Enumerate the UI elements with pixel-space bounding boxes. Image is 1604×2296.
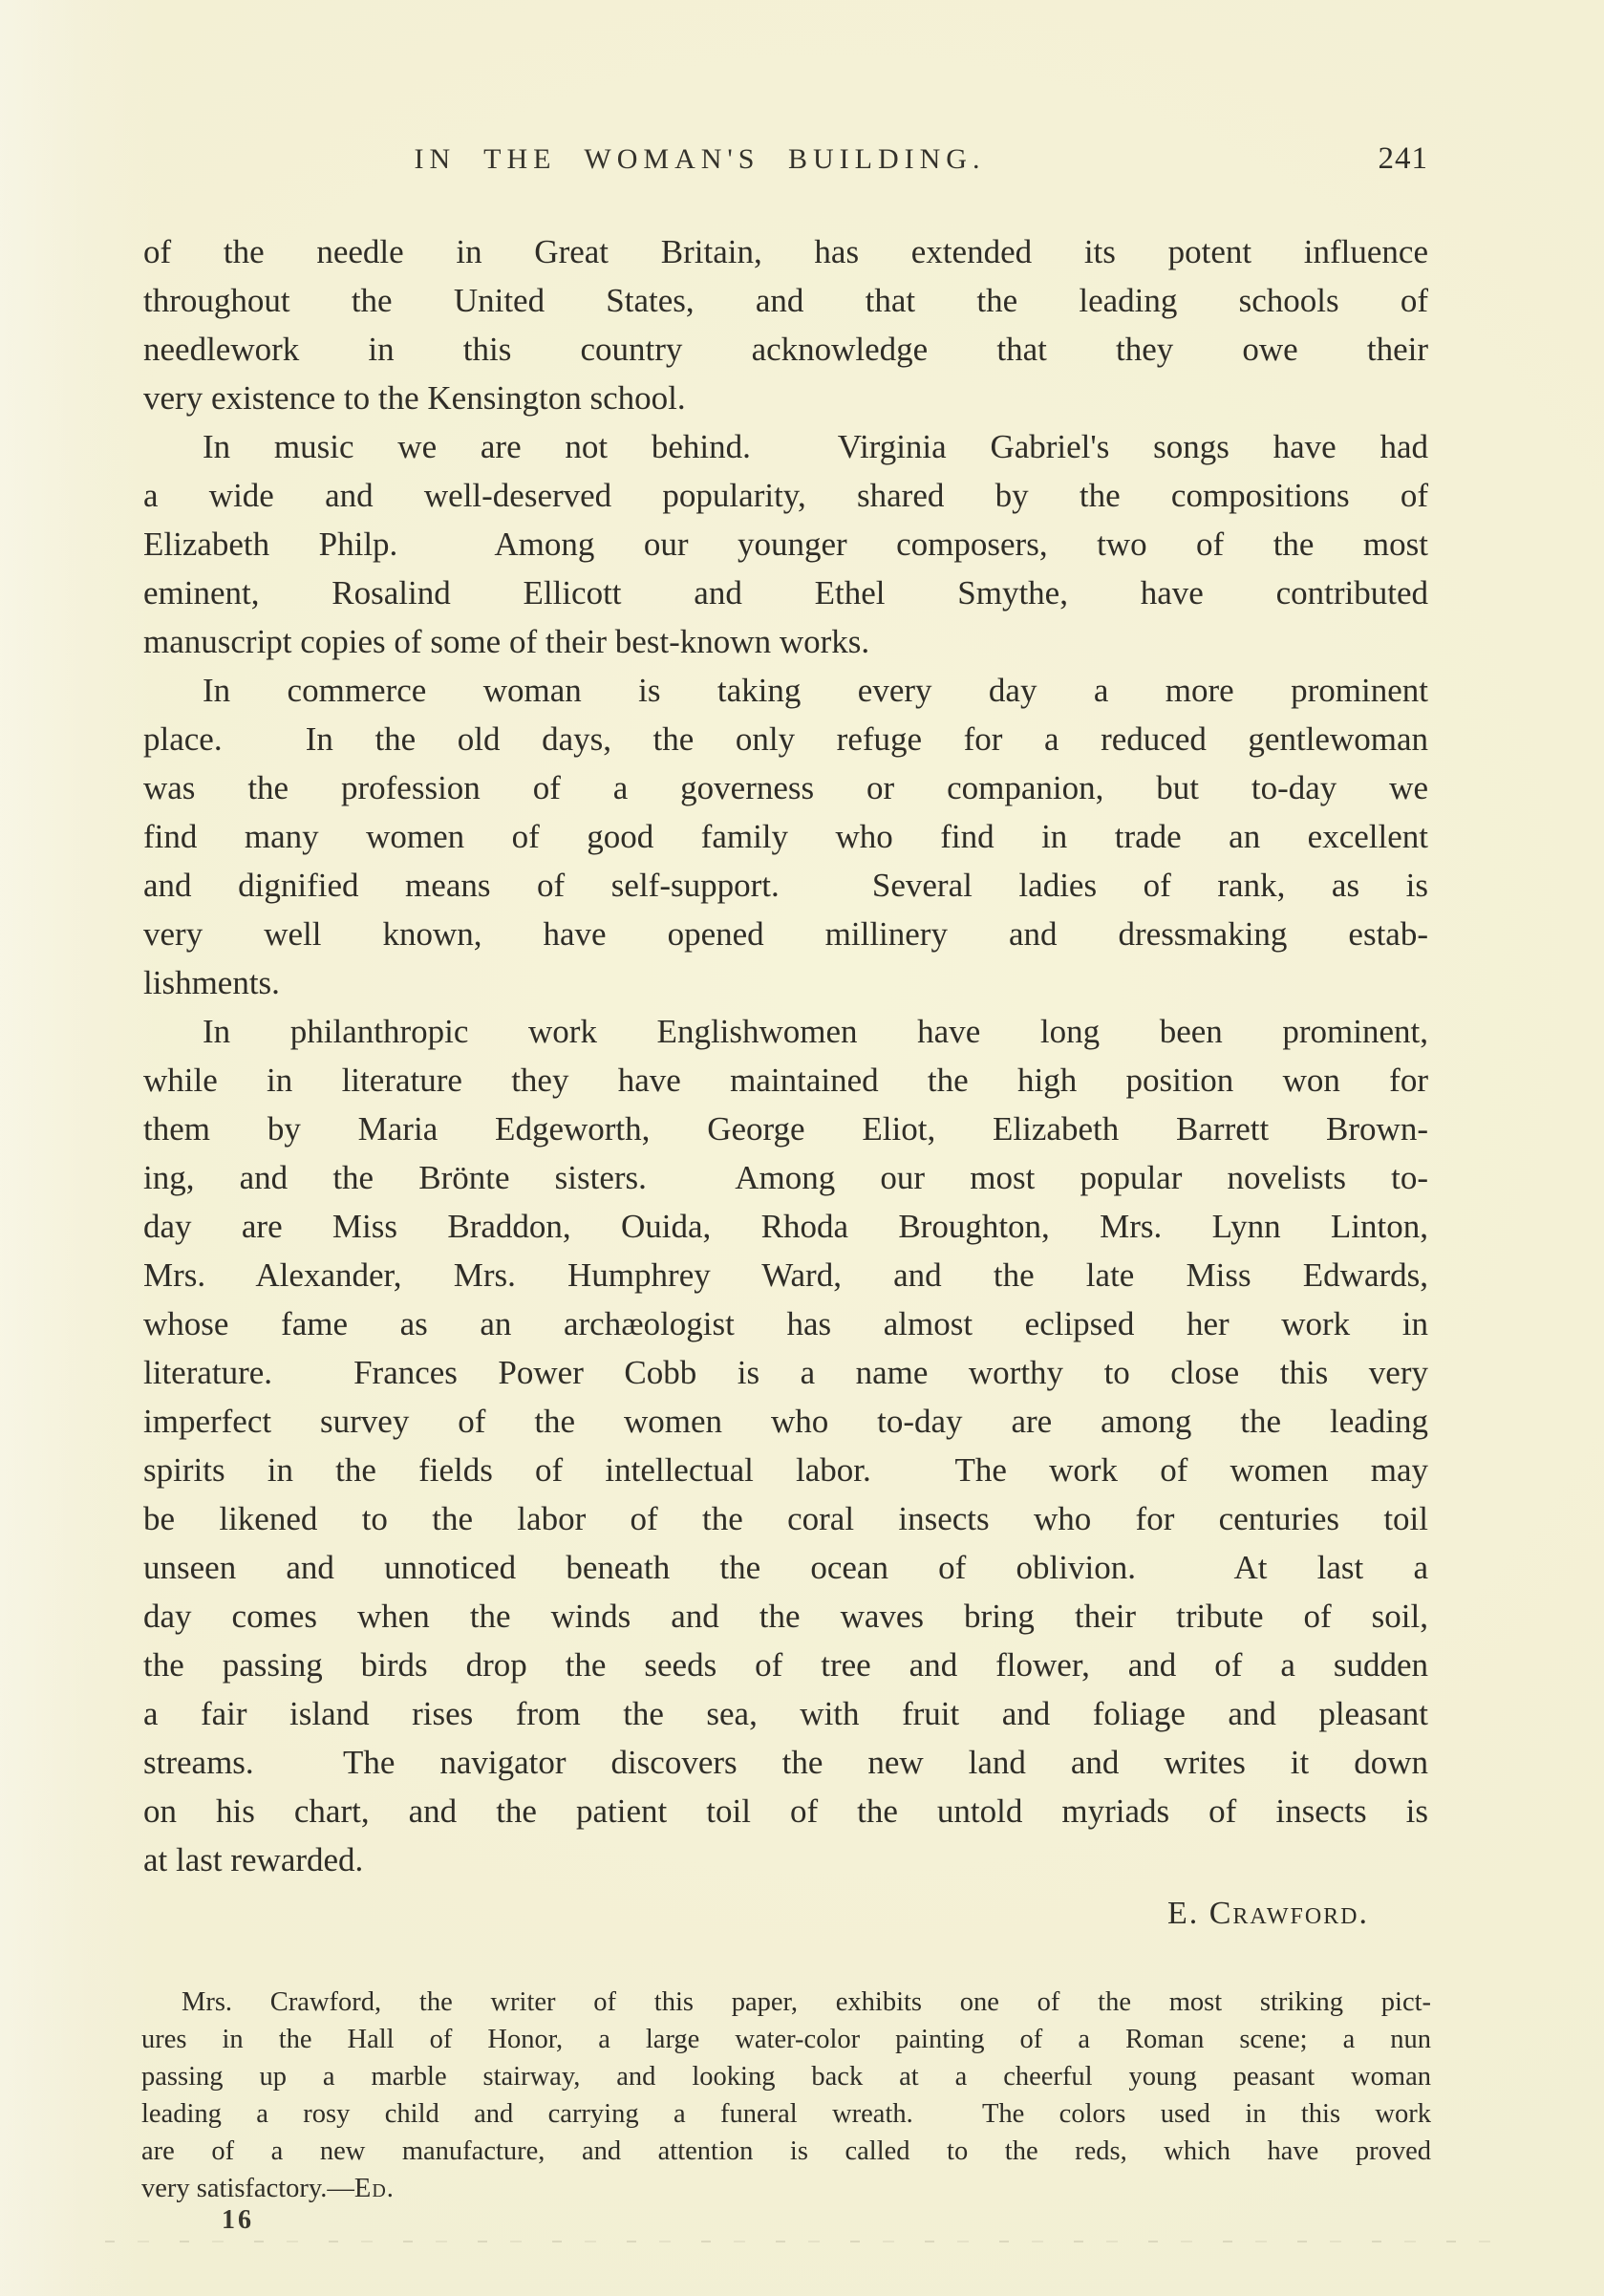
text-line: whose fame as an archæologist has almost… (143, 1299, 1428, 1348)
text-line: In music we are not behind. Virginia Gab… (143, 422, 1428, 471)
page-number: 241 (1379, 141, 1429, 177)
text-line: a fair island rises from the sea, with f… (143, 1689, 1428, 1738)
text-line: them by Maria Edgeworth, George Eliot, E… (143, 1105, 1428, 1153)
text-line: In philanthropic work Englishwomen have … (143, 1007, 1428, 1056)
text-line: very existence to the Kensington school. (143, 374, 1428, 422)
footnote-line: Mrs. Crawford, the writer of this paper,… (141, 1984, 1431, 2021)
text-line: very well known, have opened millinery a… (143, 910, 1428, 958)
paragraph-continuation: of the needle in Great Britain, has exte… (143, 227, 1428, 422)
text-line: be likened to the labor of the coral ins… (143, 1494, 1428, 1543)
footnote-line: are of a new manufacture, and attention … (141, 2133, 1431, 2170)
footnote-line: ures in the Hall of Honor, a large water… (141, 2021, 1431, 2058)
text-line: imperfect survey of the women who to-day… (143, 1397, 1428, 1446)
text-line: day are Miss Braddon, Ouida, Rhoda Broug… (143, 1202, 1428, 1251)
text-line: streams. The navigator discovers the new… (143, 1738, 1428, 1787)
signature-mark: 16 (222, 2205, 254, 2236)
text-line: was the profession of a governess or com… (143, 763, 1428, 812)
author-signature: E. Crawford. (143, 1896, 1428, 1932)
text-line: ing, and the Brönte sisters. Among our m… (143, 1153, 1428, 1202)
text-line: throughout the United States, and that t… (143, 276, 1428, 325)
paragraph-philanthropic: In philanthropic work Englishwomen have … (143, 1007, 1428, 1884)
footnote-line-last: very satisfactory.—Ed. (141, 2170, 1431, 2207)
text-line: unseen and unnoticed beneath the ocean o… (143, 1543, 1428, 1592)
text-line: and dignified means of self-support. Sev… (143, 861, 1428, 910)
text-line: the passing birds drop the seeds of tree… (143, 1641, 1428, 1689)
text-line: of the needle in Great Britain, has exte… (143, 227, 1428, 276)
editor-abbreviation: Ed. (354, 2174, 395, 2203)
paragraph-commerce: In commerce woman is taking every day a … (143, 666, 1428, 1007)
footnote-last-text: very satisfactory.— (141, 2174, 354, 2203)
editor-footnote: Mrs. Crawford, the writer of this paper,… (141, 1984, 1431, 2207)
page-title: IN THE WOMAN'S BUILDING. (143, 143, 1428, 176)
scan-artifact-line (105, 2241, 1495, 2242)
body-text: of the needle in Great Britain, has exte… (143, 227, 1428, 1932)
text-line: a wide and well-deserved popularity, sha… (143, 471, 1428, 520)
text-line: place. In the old days, the only refuge … (143, 715, 1428, 763)
paragraph-music: In music we are not behind. Virginia Gab… (143, 422, 1428, 666)
text-line: while in literature they have maintained… (143, 1056, 1428, 1105)
footnote-line: leading a rosy child and carrying a fune… (141, 2095, 1431, 2133)
text-line: lishments. (143, 958, 1428, 1007)
text-line: on his chart, and the patient toil of th… (143, 1787, 1428, 1835)
text-line: manuscript copies of some of their best-… (143, 617, 1428, 666)
text-line: Mrs. Alexander, Mrs. Humphrey Ward, and … (143, 1251, 1428, 1299)
text-line: literature. Frances Power Cobb is a name… (143, 1348, 1428, 1397)
scanned-book-page: IN THE WOMAN'S BUILDING. 241 of the need… (0, 0, 1604, 2296)
footnote-line: passing up a marble stairway, and lookin… (141, 2058, 1431, 2095)
running-head: IN THE WOMAN'S BUILDING. 241 (143, 143, 1428, 182)
text-line: In commerce woman is taking every day a … (143, 666, 1428, 715)
text-line: at last rewarded. (143, 1835, 1428, 1884)
text-line: Elizabeth Philp. Among our younger compo… (143, 520, 1428, 569)
text-line: day comes when the winds and the waves b… (143, 1592, 1428, 1641)
text-line: find many women of good family who find … (143, 812, 1428, 861)
text-line: spirits in the fields of intellectual la… (143, 1446, 1428, 1494)
text-line: eminent, Rosalind Ellicott and Ethel Smy… (143, 569, 1428, 617)
text-line: needlework in this country acknowledge t… (143, 325, 1428, 374)
